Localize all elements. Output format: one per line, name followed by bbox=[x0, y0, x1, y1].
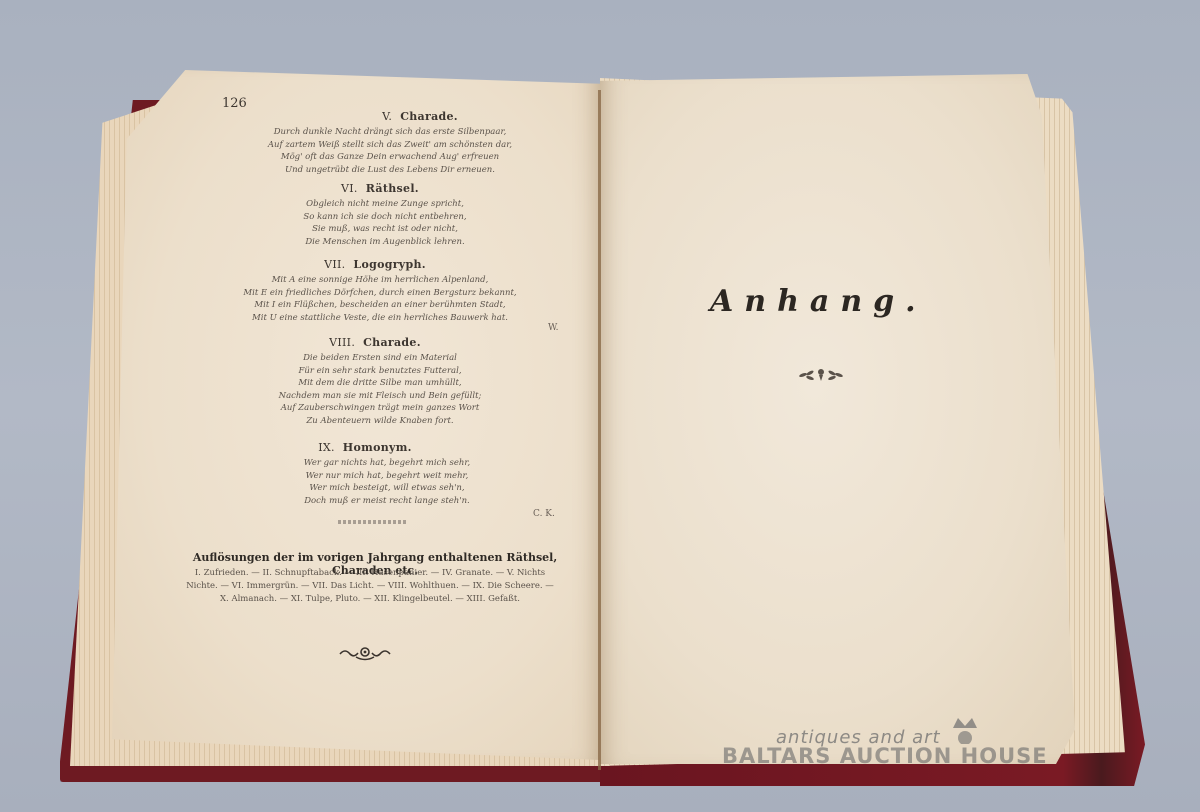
riddle-heading: V.Charade. bbox=[270, 110, 570, 123]
riddle-heading: VIII.Charade. bbox=[225, 336, 525, 349]
page-number: 126 bbox=[222, 96, 247, 111]
riddle-verse: Mit A eine sonnige Höhe im herrlichen Al… bbox=[215, 274, 545, 324]
riddle-heading: VII.Logogryph. bbox=[225, 258, 525, 271]
riddle-heading: IX.Homonym. bbox=[215, 441, 515, 454]
floral-vignette-icon bbox=[338, 644, 392, 666]
right-page bbox=[600, 74, 1075, 764]
crown-icon bbox=[950, 714, 980, 744]
riddle-verse: Obgleich nicht meine Zunge spricht, So k… bbox=[220, 198, 550, 248]
riddle-verse: Die beiden Ersten sind ein Material Für … bbox=[215, 352, 545, 427]
book-gutter bbox=[598, 90, 601, 770]
riddle-signature: C. K. bbox=[533, 509, 555, 519]
riddle-signature: W. bbox=[548, 323, 559, 333]
riddle-heading: VI.Räthsel. bbox=[230, 182, 530, 195]
divider-line bbox=[338, 520, 408, 524]
solutions-body: I. Zufrieden. — II. Schnupftaback. — III… bbox=[160, 567, 580, 606]
riddle-verse: Durch dunkle Nacht drängt sich das erste… bbox=[225, 126, 555, 176]
riddle-verse: Wer gar nichts hat, begehrt mich sehr, W… bbox=[222, 457, 552, 507]
section-title: Anhang. bbox=[710, 284, 927, 319]
watermark-brand: BALTARS AUCTION HOUSE bbox=[722, 744, 1048, 768]
leaf-sprig-icon bbox=[795, 366, 847, 388]
